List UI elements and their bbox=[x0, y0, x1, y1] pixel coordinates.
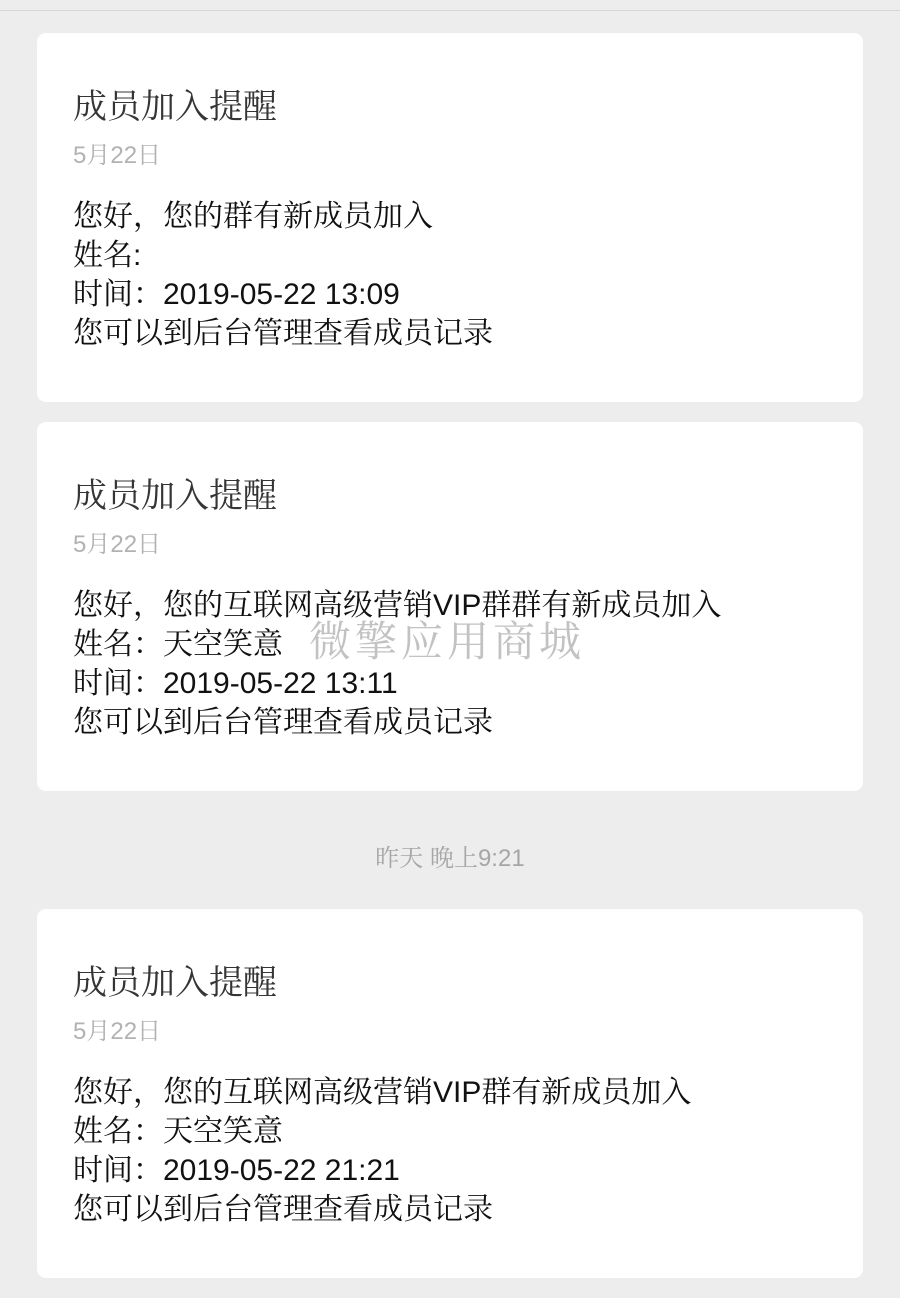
message-title: 成员加入提醒 bbox=[73, 963, 277, 1003]
time-line: 时间：2019-05-22 13:09 bbox=[73, 275, 493, 314]
greeting-line: 您好，您的群有新成员加入 bbox=[73, 197, 493, 236]
name-line: 姓名: bbox=[73, 236, 493, 275]
message-date: 5月22日 bbox=[73, 530, 161, 560]
note-line: 您可以到后台管理查看成员记录 bbox=[73, 1190, 691, 1229]
message-title: 成员加入提醒 bbox=[73, 476, 277, 516]
time-line: 时间：2019-05-22 21:21 bbox=[73, 1151, 691, 1190]
greeting-line: 您好，您的互联网高级营销VIP群有新成员加入 bbox=[73, 1073, 691, 1112]
message-card[interactable]: 成员加入提醒 5月22日 您好，您的互联网高级营销VIP群有新成员加入 姓名：天… bbox=[37, 909, 863, 1278]
note-line: 您可以到后台管理查看成员记录 bbox=[73, 703, 721, 742]
time-line: 时间：2019-05-22 13:11 bbox=[73, 664, 721, 703]
message-title: 成员加入提醒 bbox=[73, 87, 277, 127]
message-date: 5月22日 bbox=[73, 141, 161, 171]
message-card[interactable]: 成员加入提醒 5月22日 您好，您的群有新成员加入 姓名: 时间：2019-05… bbox=[37, 33, 863, 402]
message-date: 5月22日 bbox=[73, 1017, 161, 1047]
note-line: 您可以到后台管理查看成员记录 bbox=[73, 314, 493, 353]
watermark: 微擎应用商城 bbox=[309, 617, 585, 667]
time-separator: 昨天 晚上9:21 bbox=[0, 844, 900, 874]
message-body: 您好，您的群有新成员加入 姓名: 时间：2019-05-22 13:09 您可以… bbox=[73, 197, 493, 353]
top-divider bbox=[0, 10, 900, 11]
message-card[interactable]: 成员加入提醒 5月22日 您好，您的互联网高级营销VIP群群有新成员加入 姓名：… bbox=[37, 422, 863, 791]
message-body: 您好，您的互联网高级营销VIP群有新成员加入 姓名：天空笑意 时间：2019-0… bbox=[73, 1073, 691, 1229]
name-line: 姓名：天空笑意 bbox=[73, 1112, 691, 1151]
